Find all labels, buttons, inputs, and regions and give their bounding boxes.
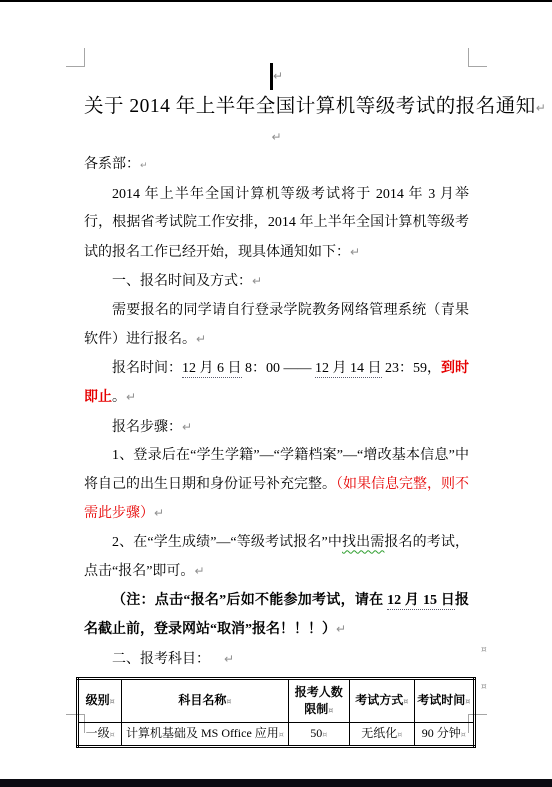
exam-subjects-table[interactable]: 级别¤ 科目名称¤ 报考人数限制¤ 考试方式¤ 考试时间¤ 一级¤ 计算机基础及…: [76, 677, 476, 748]
header-candidate-limit: 报考人数限制¤: [288, 679, 349, 723]
start-clock: 8：00 ——: [242, 361, 316, 376]
registration-method-text: 需要报名的同学请自行登录学院教务网络管理系统（青果软件）进行报名。: [84, 303, 469, 348]
step-1-paragraph: 1、登录后在“学生学籍”—“学籍档案”—“增改基本信息”中将自己的出生日期和身份…: [84, 442, 469, 529]
header-subject-name: 科目名称¤: [122, 679, 288, 723]
margin-crop-mark-top-right: [468, 48, 487, 67]
window-top-border: [0, 0, 552, 2]
paragraph-mark-icon: ↵: [336, 622, 346, 636]
cancel-deadline-date: 12 月 15 日: [387, 593, 455, 610]
intro-paragraph: 2014 年上半年全国计算机等级考试将于 2014 年 3 月举行，根据省考试院…: [84, 181, 469, 268]
steps-label-text: 报名步骤：: [112, 420, 182, 435]
cell-exam-duration: 90 分钟¤: [414, 723, 474, 747]
cell-end-mark-icon: ¤: [328, 706, 333, 715]
section-heading-2: 二、报考科目：↵: [84, 645, 469, 675]
cell-end-mark-icon: ¤: [465, 697, 470, 706]
note-text-pre: （注：点击“报名”后如不能参加考试，请在: [112, 593, 387, 608]
end-clock: 23：59，: [382, 361, 442, 376]
cell-end-mark-icon: ¤: [403, 697, 408, 706]
header-exam-duration: 考试时间¤: [414, 679, 474, 723]
paragraph-mark-icon: ↵: [140, 161, 148, 171]
paragraph-mark-icon: ↵: [194, 564, 204, 578]
time-label: 报名时间：: [112, 361, 182, 376]
paragraph-mark-icon: ↵: [224, 652, 234, 666]
paragraph-mark-icon: ↵: [126, 390, 136, 404]
row-end-mark-icon: ¤: [481, 645, 487, 655]
registration-method-paragraph: 需要报名的同学请自行登录学院教务网络管理系统（青果软件）进行报名。↵: [84, 297, 469, 355]
section-heading-1: 一、报名时间及方式：↵: [84, 267, 469, 297]
cancellation-note-paragraph: （注：点击“报名”后如不能参加考试，请在 12 月 15 日报名截止前，登录网站…: [84, 587, 469, 645]
sentence-end: 。: [112, 390, 126, 405]
document-title-text: 关于 2014 年上半年全国计算机等级考试的报名通知: [84, 96, 536, 117]
paragraph-mark-icon: ↵: [350, 245, 360, 259]
cell-end-mark-icon: ¤: [397, 730, 402, 739]
salutation: 各系部：↵: [84, 151, 469, 181]
step-2-paragraph: 2、在“学生成绩”—“等级考试报名”中找出需报名的考试，点击“报名”即可。↵: [84, 529, 469, 587]
registration-time-paragraph: 报名时间：12 月 6 日 8：00 —— 12 月 14 日 23：59，到时…: [84, 355, 469, 413]
document-edit-area[interactable]: ↵ 关于 2014 年上半年全国计算机等级考试的报名通知↵ ↵ 各系部：↵ 20…: [84, 60, 469, 748]
start-date: 12 月 6 日: [182, 361, 242, 378]
cursor-line: ↵: [84, 60, 469, 92]
paragraph-mark-icon: ↵: [273, 69, 283, 83]
paragraph-mark-icon: ↵: [196, 332, 206, 346]
table-row: 一级¤ 计算机基础及 MS Office 应用¤ 50¤ 无纸化¤ 90 分钟¤: [78, 723, 475, 747]
paragraph-mark-icon: ↵: [182, 420, 192, 434]
intro-text: 2014 年上半年全国计算机等级考试将于 2014 年 3 月举行，根据省考试院…: [84, 187, 469, 260]
cell-exam-mode: 无纸化¤: [350, 723, 414, 747]
cell-end-mark-icon: ¤: [279, 730, 284, 739]
salutation-text: 各系部：: [84, 157, 140, 172]
document-title: 关于 2014 年上半年全国计算机等级考试的报名通知↵: [84, 92, 469, 123]
section-heading-1-text: 一、报名时间及方式：: [112, 274, 252, 289]
margin-crop-mark-top-left: [66, 48, 85, 67]
step-2-grammar-flagged: 找出需: [342, 535, 384, 550]
paragraph-mark-icon: ↵: [271, 130, 281, 144]
cell-end-mark-icon: ¤: [322, 730, 327, 739]
document-page: ↵ 关于 2014 年上半年全国计算机等级考试的报名通知↵ ↵ 各系部：↵ 20…: [0, 0, 552, 787]
cell-end-mark-icon: ¤: [226, 697, 231, 706]
paragraph-mark-icon: ↵: [536, 101, 547, 115]
cell-level: 一级¤: [78, 723, 122, 747]
cell-end-mark-icon: ¤: [110, 730, 115, 739]
paragraph-mark-icon: ↵: [154, 506, 164, 520]
cell-end-mark-icon: ¤: [461, 730, 466, 739]
empty-paragraph: ↵: [84, 123, 469, 151]
cell-end-mark-icon: ¤: [110, 697, 115, 706]
cell-subject-name: 计算机基础及 MS Office 应用¤: [122, 723, 288, 747]
end-date: 12 月 14 日: [315, 361, 382, 378]
table-header-row: 级别¤ 科目名称¤ 报考人数限制¤ 考试方式¤ 考试时间¤: [78, 679, 475, 723]
header-level: 级别¤: [78, 679, 122, 723]
step-2-text-pre: 2、在“学生成绩”—“等级考试报名”中: [112, 535, 342, 550]
header-exam-mode: 考试方式¤: [350, 679, 414, 723]
section-heading-2-text: 二、报考科目：: [112, 652, 210, 667]
cell-candidate-limit: 50¤: [288, 723, 349, 747]
window-bottom-bar: [0, 779, 552, 787]
paragraph-mark-icon: ↵: [252, 274, 262, 288]
steps-label-paragraph: 报名步骤：↵: [84, 413, 469, 443]
row-end-mark-icon: ¤: [481, 682, 487, 692]
